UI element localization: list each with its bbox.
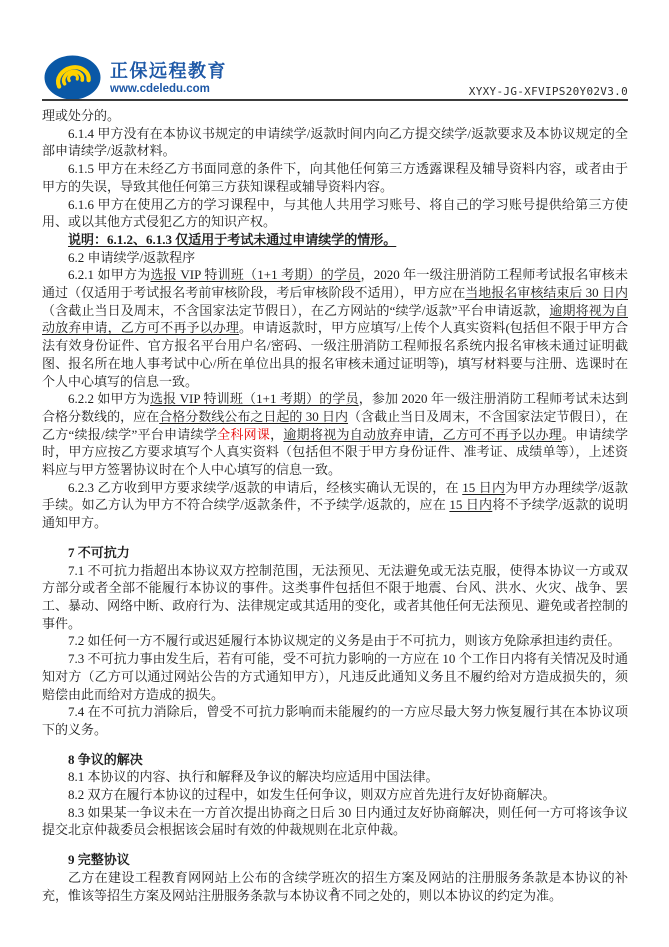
- text-run: 全科网课: [217, 427, 270, 442]
- para-7-4: 7.4 在不可抗力消除后，曾受不可抗力影响而未能履约的一方应尽最大努力恢复履行其…: [42, 703, 628, 738]
- text-run: （含截止当日及周末，不含国家法定节假日），在乙方网站的“续学/返款”平台申请返款…: [42, 303, 549, 318]
- text-run: 15 日内: [449, 497, 492, 512]
- brand-text-block: 正保远程教育 www.cdeledu.com: [110, 61, 227, 95]
- para-6-2: 6.2 申请续学/返款程序: [42, 249, 628, 267]
- text-run: 当地报名审核结束后 30 日内: [465, 285, 628, 300]
- heading-8: 8 争议的解决: [42, 751, 628, 769]
- para-6-2-1: 6.2.1 如甲方为选报 VIP 特训班（1+1 考期）的学员，2020 年一级…: [42, 266, 628, 390]
- text-run: 6.1.6 甲方在使用乙方的学习课程中，与其他人共用学习账号、将自己的学习账号提…: [42, 197, 628, 230]
- text-run: 理或处分的。: [42, 108, 120, 123]
- brand-url: www.cdeledu.com: [110, 83, 227, 95]
- para-6-1-6: 6.1.6 甲方在使用乙方的学习课程中，与其他人共用学习账号、将自己的学习账号提…: [42, 196, 628, 231]
- page-number: 3: [332, 884, 338, 898]
- para-6-2-2: 6.2.2 如甲方为选报 VIP 特训班（1+1 考期）的学员，参加 2020 …: [42, 390, 628, 479]
- heading-7: 7 不可抗力: [42, 544, 628, 562]
- text-run: 8.2 双方在履行本协议的过程中，如发生任何争议，则双方应首先进行友好协商解决。: [68, 787, 556, 802]
- text-run: 6.2 申请续学/返款程序: [68, 250, 195, 265]
- text-run: 6.1.5 甲方在未经乙方书面同意的条件下，向其他任何第三方透露课程及辅导资料内…: [42, 161, 628, 194]
- text-run: ，: [270, 427, 283, 442]
- text-run: 8 争议的解决: [68, 752, 143, 767]
- brand-swirl-icon: [44, 55, 101, 100]
- text-run: 合格分数线公布之日起的 30 日内: [159, 409, 348, 424]
- para-7-1: 7.1 不可抗力指超出本协议双方控制范围，无法预见、无法避免或无法克服，使得本协…: [42, 562, 628, 633]
- text-run: 9 完整协议: [68, 852, 130, 867]
- text-run: 6.2.1 如甲方为: [68, 267, 150, 282]
- brand-name: 正保远程教育: [110, 61, 227, 81]
- doc-code: XYXY-JG-XFVIPS20Y02V3.0: [469, 85, 628, 100]
- para-6-2-3: 6.2.3 乙方收到甲方要求续学/返款的申请后，经核实确认无误的，在 15 日内…: [42, 479, 628, 532]
- text-run: 8.1 本协议的内容、执行和解释及争议的解决均应适用中国法律。: [68, 769, 439, 784]
- text-run: 说明：6.1.2、6.1.3 仅适用于考试未通过申请续学的情形。: [68, 232, 396, 247]
- para-6-1-4: 6.1.4 甲方没有在本协议书规定的申请续学/返款时间内向乙方提交续学/返款要求…: [42, 125, 628, 160]
- text-run: 7.4 在不可抗力消除后，曾受不可抗力影响而未能履约的一方应尽最大努力恢复履行其…: [42, 704, 628, 737]
- document-page: 正保远程教育 www.cdeledu.com XYXY-JG-XFVIPS20Y…: [0, 0, 669, 947]
- text-run: 15 日内: [462, 480, 505, 495]
- text-run: 逾期将视为自动放弃申请，乙方可不再予以办理: [283, 427, 562, 442]
- text-run: 6.2.3 乙方收到甲方要求续学/返款的申请后，经核实确认无误的，在: [68, 480, 462, 495]
- text-run: 7 不可抗力: [68, 545, 130, 560]
- document-body: 理或处分的。6.1.4 甲方没有在本协议书规定的申请续学/返款时间内向乙方提交续…: [42, 107, 628, 904]
- header-divider: [42, 99, 628, 101]
- para-7-3: 7.3 不可抗力事由发生后，若有可能，受不可抗力影响的一方应在 10 个工作日内…: [42, 650, 628, 703]
- para-continuation: 理或处分的。: [42, 107, 628, 125]
- page-footer: 3: [0, 884, 669, 899]
- text-run: 选报 VIP 特训班（1+1 考期）的学员: [150, 267, 360, 282]
- para-8-2: 8.2 双方在履行本协议的过程中，如发生任何争议，则双方应首先进行友好协商解决。: [42, 786, 628, 804]
- text-run: 6.2.2 如甲方为: [68, 391, 150, 406]
- text-run: 7.1 不可抗力指超出本协议双方控制范围，无法预见、无法避免或无法克服，使得本协…: [42, 563, 628, 631]
- page-header: 正保远程教育 www.cdeledu.com XYXY-JG-XFVIPS20Y…: [44, 54, 628, 100]
- para-8-1: 8.1 本协议的内容、执行和解释及争议的解决均应适用中国法律。: [42, 768, 628, 786]
- para-8-3: 8.3 如果某一争议未在一方首次提出协商之日后 30 日内通过友好协商解决，则任…: [42, 804, 628, 839]
- para-6-1-5: 6.1.5 甲方在未经乙方书面同意的条件下，向其他任何第三方透露课程及辅导资料内…: [42, 160, 628, 195]
- para-note: 说明：6.1.2、6.1.3 仅适用于考试未通过申请续学的情形。: [42, 231, 628, 249]
- heading-9: 9 完整协议: [42, 851, 628, 869]
- text-run: 选报 VIP 特训班（1+1 考期）的学员: [150, 391, 359, 406]
- brand-logo: 正保远程教育 www.cdeledu.com: [44, 55, 227, 100]
- text-run: 7.2 如任何一方不履行或迟延履行本协议规定的义务是由于不可抗力，则该方免除承担…: [68, 633, 621, 648]
- para-7-2: 7.2 如任何一方不履行或迟延履行本协议规定的义务是由于不可抗力，则该方免除承担…: [42, 632, 628, 650]
- text-run: 7.3 不可抗力事由发生后，若有可能，受不可抗力影响的一方应在 10 个工作日内…: [42, 651, 628, 701]
- text-run: 8.3 如果某一争议未在一方首次提出协商之日后 30 日内通过友好协商解决，则任…: [42, 805, 628, 838]
- text-run: 6.1.4 甲方没有在本协议书规定的申请续学/返款时间内向乙方提交续学/返款要求…: [42, 126, 628, 159]
